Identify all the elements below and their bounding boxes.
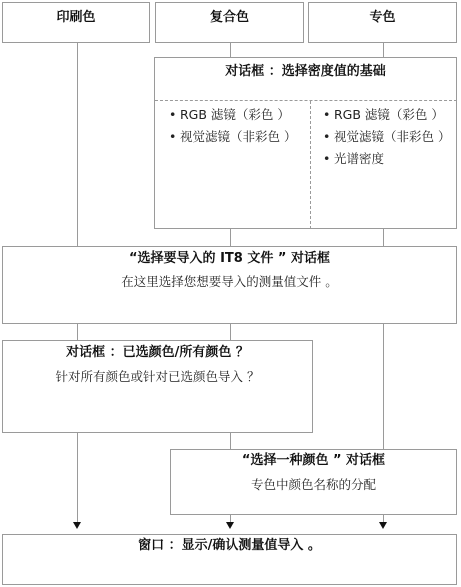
process-color-label: 印刷色	[3, 9, 149, 27]
selected-colors-title: 对话框 ：已选颜色/所有颜色 ？	[3, 344, 312, 362]
density-divider-horizontal	[155, 100, 457, 101]
process-color-box: 印刷色	[2, 2, 150, 43]
arrow-down-icon	[73, 522, 81, 529]
spot-color-label: 专色	[309, 9, 456, 27]
selected-colors-text: 针对所有颜色或针对已选颜色导入 ？	[3, 368, 312, 386]
it8-dialog-title: “选择要导入的 IT8 文件 ” 对话框	[3, 250, 456, 268]
composite-color-label: 复合色	[156, 9, 303, 27]
option-rgb-filter: RGB 滤镜（彩色 ）	[323, 106, 457, 123]
density-basis-dialog: 对话框 ：选择密度值的基础 RGB 滤镜（彩色 ） 视觉滤镜（非彩色 ） RGB…	[154, 57, 457, 229]
arrow-down-icon	[379, 522, 387, 529]
option-spectral-density: 光谱密度	[323, 150, 457, 167]
spot-color-box: 专色	[308, 2, 457, 43]
select-color-title: “选择一种颜色 ” 对话框	[171, 452, 456, 470]
it8-file-dialog: “选择要导入的 IT8 文件 ” 对话框 在这里选择您想要导入的测量值文件 。	[2, 246, 457, 324]
selected-colors-dialog: 对话框 ：已选颜色/所有颜色 ？ 针对所有颜色或针对已选颜色导入 ？	[2, 340, 313, 433]
select-color-text: 专色中颜色名称的分配	[171, 476, 456, 494]
arrow-down-icon	[226, 522, 234, 529]
select-color-dialog: “选择一种颜色 ” 对话框 专色中颜色名称的分配	[170, 449, 457, 515]
density-divider-vertical	[310, 101, 311, 229]
option-visual-filter: 视觉滤镜（非彩色 ）	[169, 128, 304, 145]
import-confirmation-title: 窗口 ：显示/确认测量值导入 。	[3, 537, 456, 555]
density-basis-title: 对话框 ：选择密度值的基础	[155, 63, 456, 81]
composite-density-options: RGB 滤镜（彩色 ） 视觉滤镜（非彩色 ）	[169, 106, 304, 150]
option-rgb-filter: RGB 滤镜（彩色 ）	[169, 106, 304, 123]
import-confirmation-window: 窗口 ：显示/确认测量值导入 。	[2, 534, 457, 585]
composite-color-box: 复合色	[155, 2, 304, 43]
it8-dialog-text: 在这里选择您想要导入的测量值文件 。	[3, 273, 456, 291]
spot-density-options: RGB 滤镜（彩色 ） 视觉滤镜（非彩色 ） 光谱密度	[323, 106, 457, 172]
option-visual-filter: 视觉滤镜（非彩色 ）	[323, 128, 457, 145]
